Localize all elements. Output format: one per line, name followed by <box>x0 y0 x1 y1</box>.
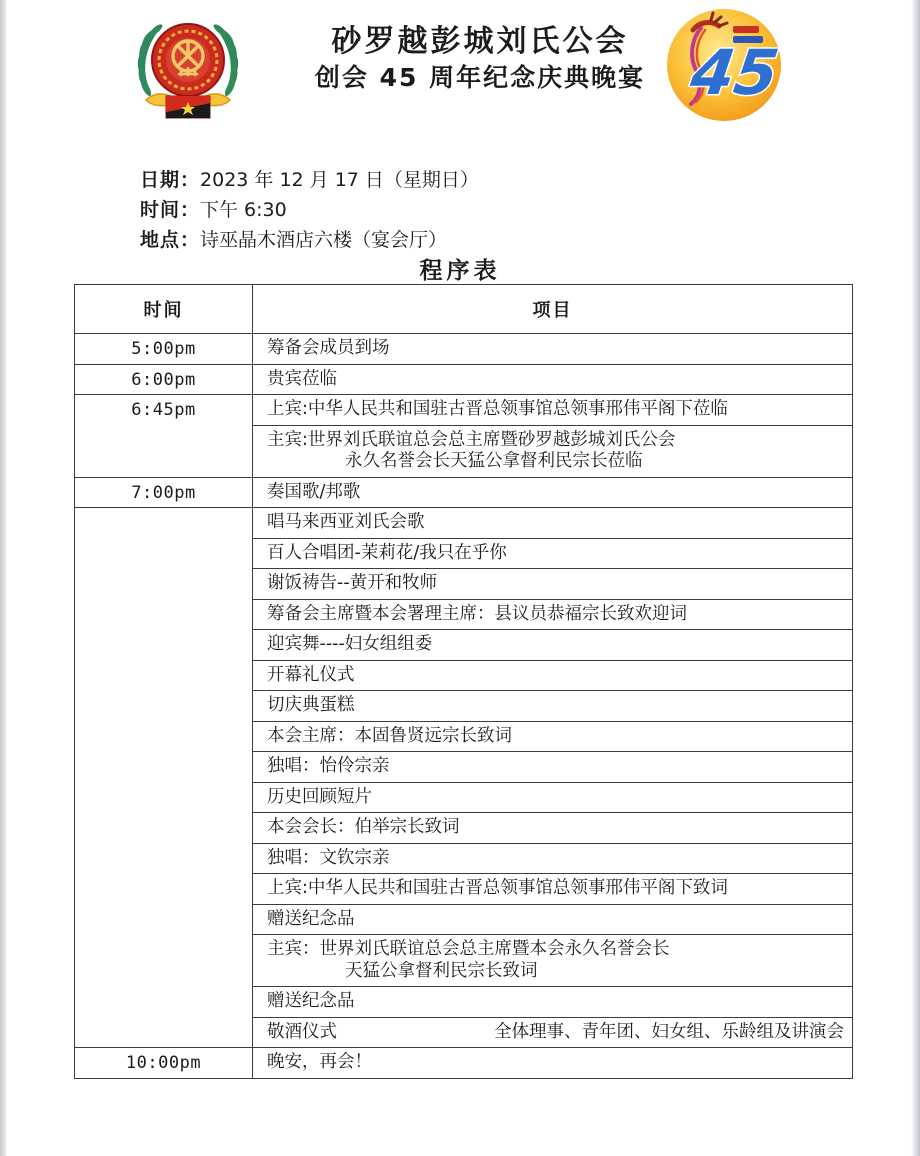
item-text: 赠送纪念品 <box>267 991 844 1013</box>
item-cell: 晚安，再会！ <box>253 1048 853 1079</box>
program-row: 6:00pm贵宾莅临 <box>75 364 853 395</box>
item-cell: 迎宾舞----妇女组组委 <box>253 630 853 661</box>
item-text: 主宾：世界刘氏联谊总会总主席暨本会永久名誉会长 <box>267 939 844 961</box>
item-text: 晚安，再会！ <box>267 1052 844 1074</box>
info-venue: 地点：诗巫晶木酒店六楼（宴会厅） <box>140 226 740 255</box>
time-value: 下午 6:30 <box>200 199 287 221</box>
program-row: 7:00pm奏国歌/邦歌 <box>75 477 853 508</box>
program-table-title: 程序表 <box>0 252 920 285</box>
item-text: 奏国歌/邦歌 <box>267 482 844 504</box>
item-text: 上宾:中华人民共和国驻古晋总领事馆总领事邢伟平阁下致词 <box>267 878 844 900</box>
item-cell: 筹备会成员到场 <box>253 334 853 365</box>
item-cell: 百人合唱团-茉莉花/我只在乎你 <box>253 538 853 569</box>
table-header-row: 时间 项目 <box>75 285 853 334</box>
item-cell: 主宾：世界刘氏联谊总会总主席暨本会永久名誉会长天猛公拿督利民宗长致词 <box>253 935 853 987</box>
item-cell: 本会主席：本固鲁贤远宗长致词 <box>253 721 853 752</box>
item-text: 迎宾舞----妇女组组委 <box>267 634 844 656</box>
time-cell: 5:00pm <box>75 334 253 365</box>
item-text: 独唱：文钦宗亲 <box>267 848 844 870</box>
item-cell: 赠送纪念品 <box>253 904 853 935</box>
time-label: 时间： <box>140 199 200 221</box>
column-header-item: 项目 <box>253 285 853 334</box>
association-emblem-logo <box>126 8 250 128</box>
venue-label: 地点： <box>140 229 200 251</box>
event-name: 创会 45 周年纪念庆典晚宴 <box>290 62 670 94</box>
time-cell: 7:00pm <box>75 477 253 508</box>
item-cell: 筹备会主席暨本会署理主席：县议员恭福宗长致欢迎词 <box>253 599 853 630</box>
item-text: 历史回顾短片 <box>267 787 844 809</box>
item-cell: 本会会长：伯举宗长致词 <box>253 813 853 844</box>
time-cell: 6:00pm <box>75 364 253 395</box>
page-header: 砂罗越彭城刘氏公会 创会 45 周年纪念庆典晚宴 <box>0 0 920 140</box>
item-cell: 切庆典蛋糕 <box>253 691 853 722</box>
event-title-block: 砂罗越彭城刘氏公会 创会 45 周年纪念庆典晚宴 <box>290 24 670 94</box>
item-cell: 上宾:中华人民共和国驻古晋总领事馆总领事邢伟平阁下莅临 <box>253 395 853 426</box>
association-name: 砂罗越彭城刘氏公会 <box>290 24 670 60</box>
info-time: 时间：下午 6:30 <box>140 196 740 225</box>
date-value: 2023 年 12 月 17 日（星期日） <box>200 169 479 191</box>
item-text: 百人合唱团-茉莉花/我只在乎你 <box>267 543 844 565</box>
item-cell: 独唱：文钦宗亲 <box>253 843 853 874</box>
item-text: 切庆典蛋糕 <box>267 695 844 717</box>
item-text: 上宾:中华人民共和国驻古晋总领事馆总领事邢伟平阁下莅临 <box>267 399 844 421</box>
item-text: 筹备会成员到场 <box>267 338 844 360</box>
item-cell: 奏国歌/邦歌 <box>253 477 853 508</box>
item-cell: 贵宾莅临 <box>253 364 853 395</box>
info-date: 日期：2023 年 12 月 17 日（星期日） <box>140 166 740 195</box>
item-text: 主宾:世界刘氏联谊总会总主席暨砂罗越彭城刘氏公会 <box>267 430 844 452</box>
association-emblem-icon <box>126 8 250 128</box>
column-header-time: 时间 <box>75 285 253 334</box>
anniversary-number: 45 <box>686 36 783 109</box>
item-text: 开幕礼仪式 <box>267 665 844 687</box>
item-cell: 唱马来西亚刘氏会歌 <box>253 508 853 539</box>
item-text: 永久名誉会长天猛公拿督利民宗长莅临 <box>267 451 844 473</box>
item-text: 独唱：怡伶宗亲 <box>267 756 844 778</box>
item-text: 赠送纪念品 <box>267 909 844 931</box>
item-cell: 上宾:中华人民共和国驻古晋总领事馆总领事邢伟平阁下致词 <box>253 874 853 905</box>
item-text: 唱马来西亚刘氏会歌 <box>267 512 844 534</box>
program-row: 5:00pm筹备会成员到场 <box>75 334 853 365</box>
program-row: 唱马来西亚刘氏会歌 <box>75 508 853 539</box>
time-cell: 6:45pm <box>75 395 253 478</box>
program-table-body: 5:00pm筹备会成员到场6:00pm贵宾莅临6:45pm上宾:中华人民共和国驻… <box>75 334 853 1079</box>
item-text: 贵宾莅临 <box>267 369 844 391</box>
item-text: 谢饭祷告--黄开和牧师 <box>267 573 844 595</box>
anniversary-45-logo: 45 <box>663 6 785 124</box>
scan-edge-right <box>911 0 920 1156</box>
item-cell: 谢饭祷告--黄开和牧师 <box>253 569 853 600</box>
item-cell: 独唱：怡伶宗亲 <box>253 752 853 783</box>
item-cell: 开幕礼仪式 <box>253 660 853 691</box>
item-text: 敬酒仪式 <box>267 1022 337 1044</box>
item-text: 天猛公拿督利民宗长致词 <box>267 961 844 983</box>
time-cell <box>75 508 253 1048</box>
item-text: 筹备会主席暨本会署理主席：县议员恭福宗长致欢迎词 <box>267 604 844 626</box>
anniversary-45-icon: 45 <box>663 6 785 124</box>
item-cell: 主宾:世界刘氏联谊总会总主席暨砂罗越彭城刘氏公会永久名誉会长天猛公拿督利民宗长莅… <box>253 425 853 477</box>
item-cell: 赠送纪念品 <box>253 987 853 1018</box>
program-table: 时间 项目 5:00pm筹备会成员到场6:00pm贵宾莅临6:45pm上宾:中华… <box>74 284 853 1079</box>
item-cell: 历史回顾短片 <box>253 782 853 813</box>
item-text: 本会主席：本固鲁贤远宗长致词 <box>267 726 844 748</box>
event-info: 日期：2023 年 12 月 17 日（星期日） 时间：下午 6:30 地点：诗… <box>140 166 740 256</box>
date-label: 日期： <box>140 169 200 191</box>
item-cell: 敬酒仪式全体理事、青年团、妇女组、乐龄组及讲演会 <box>253 1017 853 1048</box>
program-row: 6:45pm上宾:中华人民共和国驻古晋总领事馆总领事邢伟平阁下莅临 <box>75 395 853 426</box>
venue-value: 诗巫晶木酒店六楼（宴会厅） <box>200 229 447 251</box>
scan-edge-left <box>0 0 7 1156</box>
item-right-note: 全体理事、青年团、妇女组、乐龄组及讲演会 <box>494 1022 844 1044</box>
time-cell: 10:00pm <box>75 1048 253 1079</box>
item-text: 本会会长：伯举宗长致词 <box>267 817 844 839</box>
program-row: 10:00pm晚安，再会！ <box>75 1048 853 1079</box>
